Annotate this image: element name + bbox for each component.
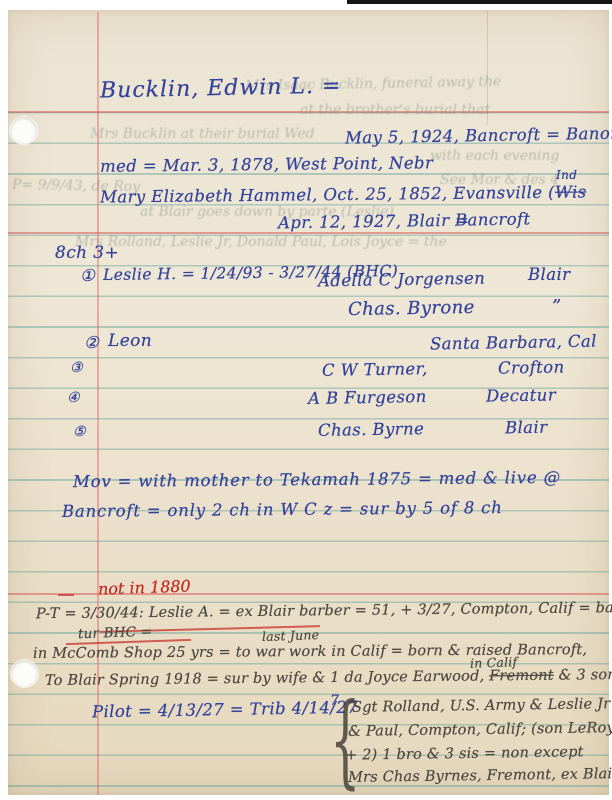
child-number: ② xyxy=(84,333,99,352)
child-place: Blair xyxy=(505,418,548,438)
page-title: Bucklin, Edwin L. = xyxy=(100,73,342,103)
child-spouse: A B Furgeson xyxy=(308,387,427,408)
child-place: Crofton xyxy=(498,357,565,377)
red-note: not in 1880 xyxy=(98,576,191,598)
child-number: ⑤ xyxy=(73,424,86,440)
child-name: Leon xyxy=(108,331,152,351)
scanned-notebook-page: Mrs Isaac Bucklin, funeral away the at t… xyxy=(0,0,612,800)
child-number: ③ xyxy=(70,360,83,376)
wife-death-right: Bancroft xyxy=(455,209,531,229)
child-number: ④ xyxy=(67,390,80,406)
child-number: ① xyxy=(80,266,95,285)
child-place: Decatur xyxy=(486,385,556,405)
child-place: Santa Barbara, Cal xyxy=(430,332,597,354)
wife-death-left: Apr. 12, 1927, Blair = xyxy=(278,211,470,233)
sons-line: + 2) 1 bro & 3 sis = non except xyxy=(345,744,584,763)
marriage-line: med = Mar. 3, 1878, West Point, Nebr xyxy=(100,153,433,175)
child-spouse: Chas. Byrone xyxy=(348,297,475,320)
wife-place-struck: Wis xyxy=(555,182,587,201)
pencil-insert-bhc: tur BHC = xyxy=(78,624,153,643)
children-count: 8ch 3+ xyxy=(55,243,119,263)
scan-edge-shadow xyxy=(347,0,612,4)
child-spouse: Adella C Jorgensen xyxy=(318,269,486,291)
ink-bleedthrough: with each evening xyxy=(430,148,559,164)
wife-place-insert: Ind xyxy=(556,168,577,182)
ink-bleedthrough: Mrs Bucklin at their burial Wed xyxy=(90,126,315,142)
ink-bleedthrough: at the brother's burial that xyxy=(300,102,490,118)
pencil-insert-in-calif: in Calif xyxy=(470,654,518,671)
pencil-struck-fremont: Fremont xyxy=(489,668,554,685)
child-spouse: C W Turner, xyxy=(322,359,428,380)
child-spouse: Chas. Byrne xyxy=(318,419,424,440)
note-blue-line2: Bancroft = only 2 ch in W C z = sur by 5… xyxy=(62,498,503,521)
ink-bleedthrough: Mrs Rolland, Leslie Jr, Donald Paul, Loi… xyxy=(75,234,447,250)
hole-punch xyxy=(10,117,37,144)
pencil-line3-b: & 3 sons xyxy=(559,667,612,684)
pencil-insert-last-june: last June xyxy=(262,627,320,644)
ditto-mark: ” xyxy=(552,296,562,317)
child-place: Blair xyxy=(528,265,570,284)
red-dash xyxy=(58,594,74,596)
hole-punch xyxy=(11,660,38,687)
